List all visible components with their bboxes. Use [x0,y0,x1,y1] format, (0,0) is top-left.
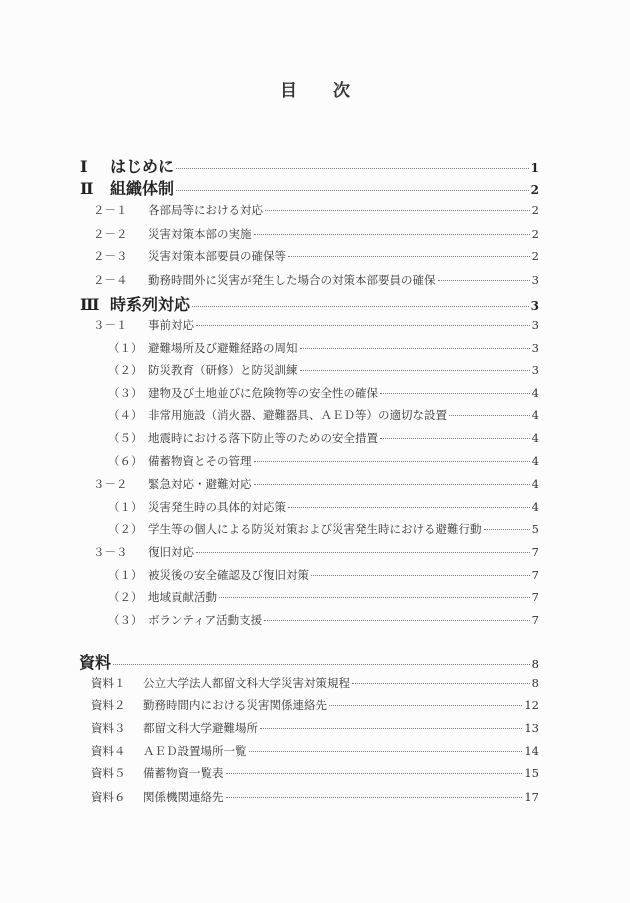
toc-entry-page: 1 [531,161,539,175]
toc-entry-number: （６） [108,453,148,469]
toc-entry-page: 4 [532,408,539,422]
toc-entry[interactable]: （１）災害発生時の具体的対応策4 [0,499,630,515]
toc-entry[interactable]: ３－３復旧対応7 [0,544,630,560]
toc-entry-number: （５） [108,430,148,446]
toc-entry[interactable]: （１）被災後の安全確認及び復旧対策7 [0,567,630,583]
dot-leader [260,728,522,729]
dot-leader [438,280,530,281]
toc-entry[interactable]: ３－１事前対応3 [0,317,630,333]
toc-entry-label: 災害対策本部の実施 [148,226,252,242]
toc-entry[interactable]: （２）防災教育（研修）と防災訓練3 [0,362,630,378]
dot-leader [380,438,530,439]
dot-leader [254,484,530,485]
toc-entry[interactable]: （２）学生等の個人による防災対策および災害発生時における避難行動5 [0,521,630,537]
toc-entry-label: 緊急対応・避難対応 [148,476,252,492]
appendix-entry-page: 14 [524,744,539,758]
toc-entry[interactable]: ２－２災害対策本部の実施2 [0,226,630,242]
toc-entry-label: 防災教育（研修）と防災訓練 [148,362,298,378]
appendix-entry-page: 12 [524,698,539,712]
toc-entry-label: 学生等の個人による防災対策および災害発生時における避難行動 [148,521,482,537]
toc-entry-page: 7 [532,568,539,582]
toc-entry-page: 4 [532,454,539,468]
toc-entry-number: （３） [108,612,148,628]
toc-entry-number: （１） [108,499,148,515]
dot-leader [254,234,530,235]
toc-entry-label: 各部局等における対応 [148,202,263,218]
toc-entry-label: 地震時における落下防止等のための安全措置 [148,430,378,446]
dot-leader [226,773,523,774]
dot-leader [329,705,522,706]
toc-entry-label: 組織体制 [110,176,174,199]
toc-entry-page: 3 [531,299,539,313]
toc-entry-number: （１） [108,567,148,583]
toc-entry-page: 4 [532,431,539,445]
toc-entry-page: 4 [532,477,539,491]
toc-entry-number: ２－３ [93,248,148,264]
appendix-entry-page: 8 [532,676,539,690]
toc-entry-label: 災害発生時の具体的対応策 [148,499,286,515]
toc-entry-label: 時系列対応 [110,292,190,315]
toc-entry-page: 7 [532,613,539,627]
toc-entry[interactable]: Ⅰはじめに1 [0,154,630,177]
toc-entry[interactable]: ２－４勤務時間外に災害が発生した場合の対策本部要員の確保3 [0,272,630,288]
appendix-entry-label: 備蓄物資一覧表 [143,765,224,781]
dot-leader [196,325,530,326]
appendix-entry-number: 資料５ [91,765,143,781]
toc-entry-number: ３－３ [93,544,148,560]
toc-entry-label: 地域貢献活動 [148,589,217,605]
dot-leader [265,210,530,211]
appendix-entry-label: 都留文科大学避難場所 [143,720,258,736]
toc-entry-page: 3 [532,318,539,332]
toc-entry-label: 非常用施設（消火器、避難器具、ＡＥＤ等）の適切な設置 [148,407,447,423]
dot-leader [352,683,530,684]
dot-leader [311,575,530,576]
toc-entry-label: 勤務時間外に災害が発生した場合の対策本部要員の確保 [148,272,436,288]
appendix-entry[interactable]: 資料６関係機関連絡先17 [0,789,630,805]
toc-entry[interactable]: Ⅲ時系列対応3 [0,292,630,315]
toc-entry-label: 備蓄物資とその管理 [148,453,252,469]
appendix-entry-number: 資料３ [91,720,143,736]
title-part-1: 目 [280,81,297,101]
toc-entry-label: 事前対応 [148,317,194,333]
toc-entry-number: （２） [108,362,148,378]
toc-entry[interactable]: （６）備蓄物資とその管理4 [0,453,630,469]
appendix-entry-label: 勤務時間内における災害関係連絡先 [143,697,327,713]
dot-leader [288,507,530,508]
appendix-entry-number: 資料１ [91,675,143,691]
title-part-2: 次 [333,81,350,101]
toc-entry-label: はじめに [110,154,174,177]
toc-entry[interactable]: （４）非常用施設（消火器、避難器具、ＡＥＤ等）の適切な設置4 [0,407,630,423]
toc-entry-page: 2 [532,249,539,263]
dot-leader [196,552,530,553]
toc-entry-page: 2 [532,227,539,241]
toc-entry-number: ２－２ [93,226,148,242]
toc-entry-page: 3 [532,341,539,355]
toc-entry-number: Ⅰ [80,157,110,176]
toc-entry-page: 7 [532,545,539,559]
appendix-entry-label: 公立大学法人都留文科大学災害対策規程 [143,675,350,691]
appendix-entry[interactable]: 資料２勤務時間内における災害関係連絡先12 [0,697,630,713]
appendix-heading-label: 資料 [79,650,111,673]
toc-entry-label: 被災後の安全確認及び復旧対策 [148,567,309,583]
appendix-entry-page: 17 [524,790,539,804]
dot-leader [254,461,530,462]
toc-entry-number: ２－４ [93,272,148,288]
dot-leader [219,597,530,598]
toc-entry[interactable]: （５）地震時における落下防止等のための安全措置4 [0,430,630,446]
toc-entry-page: 2 [531,183,539,197]
toc-entry-number: Ⅲ [80,295,110,314]
toc-entry-label: ボランティア活動支援 [148,612,262,628]
dot-leader [176,168,529,169]
dot-leader [176,190,529,191]
toc-entry-label: 建物及び土地並びに危険物等の安全性の確保 [148,385,378,401]
appendix-entry-label: 関係機関連絡先 [143,789,224,805]
dot-leader [249,751,523,752]
appendix-entry[interactable]: 資料１公立大学法人都留文科大学災害対策規程8 [0,675,630,691]
toc-entry-number: （４） [108,407,148,423]
appendix-entry[interactable]: 資料４ＡＥＤ設置場所一覧14 [0,743,630,759]
appendix-heading[interactable]: 資料8 [0,650,630,673]
toc-entry[interactable]: （１）避難場所及び避難経路の周知3 [0,340,630,356]
toc-entry-number: ３－１ [93,317,148,333]
toc-entry-page: 3 [532,363,539,377]
toc-entry[interactable]: （２）地域貢献活動7 [0,589,630,605]
dot-leader [300,348,530,349]
dot-leader [226,797,523,798]
toc-entry-number: ２－１ [93,202,148,218]
dot-leader [288,256,530,257]
dot-leader [484,529,530,530]
appendix-heading-page: 8 [532,657,539,671]
toc-entry-page: 4 [532,386,539,400]
appendix-entry-label: ＡＥＤ設置場所一覧 [143,743,247,759]
dot-leader [300,370,530,371]
dot-leader [264,620,530,621]
page-title: 目次 [0,76,630,101]
appendix-entry-number: 資料６ [91,789,143,805]
appendix-entry[interactable]: 資料５備蓄物資一覧表15 [0,765,630,781]
dot-leader [449,415,530,416]
toc-entry[interactable]: ３－２緊急対応・避難対応4 [0,476,630,492]
toc-entry-page: 3 [532,273,539,287]
appendix-entry-page: 15 [524,766,539,780]
toc-entry-number: ３－２ [93,476,148,492]
toc-entry-label: 避難場所及び避難経路の周知 [148,340,298,356]
toc-entry-page: 5 [532,522,539,536]
toc-entry[interactable]: Ⅱ組織体制2 [0,176,630,199]
toc-entry-number: Ⅱ [80,179,110,198]
toc-entry-number: （３） [108,385,148,401]
toc-entry-page: 4 [532,500,539,514]
dot-leader [192,306,529,307]
appendix-entry-number: 資料２ [91,697,143,713]
toc-entry-number: （２） [108,521,148,537]
dot-leader [380,393,530,394]
toc-entry[interactable]: （３）ボランティア活動支援7 [0,612,630,628]
toc-entry-page: 7 [532,590,539,604]
toc-entry-label: 災害対策本部要員の確保等 [148,248,286,264]
toc-entry-label: 復旧対応 [148,544,194,560]
dot-leader [113,664,530,665]
toc-entry[interactable]: ２－１各部局等における対応2 [0,202,630,218]
toc-entry-number: （２） [108,589,148,605]
toc-entry-page: 2 [532,203,539,217]
appendix-entry-page: 13 [524,721,539,735]
toc-entry[interactable]: ２－３災害対策本部要員の確保等2 [0,248,630,264]
toc-entry[interactable]: （３）建物及び土地並びに危険物等の安全性の確保4 [0,385,630,401]
toc-entry-number: （１） [108,340,148,356]
appendix-entry[interactable]: 資料３都留文科大学避難場所13 [0,720,630,736]
appendix-entry-number: 資料４ [91,743,143,759]
